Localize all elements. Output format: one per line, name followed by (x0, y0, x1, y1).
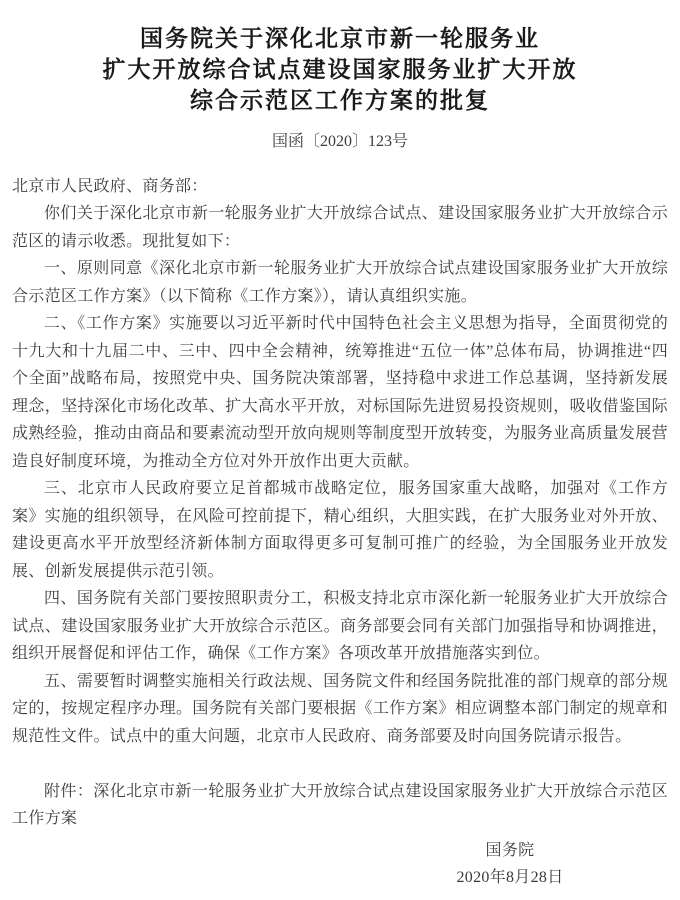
document-body: 北京市人民政府、商务部： 你们关于深化北京市新一轮服务业扩大开放综合试点、建设国… (12, 173, 668, 892)
document-title-line-1: 国务院关于深化北京市新一轮服务业 (12, 23, 668, 54)
paragraph-item-4: 四、国务院有关部门要按照职责分工，积极支持北京市深化新一轮服务业扩大开放综合试点… (12, 585, 668, 668)
paragraph-item-5: 五、需要暂时调整实施相关行政法规、国务院文件和经国务院批准的部门规章的部分规定的… (12, 668, 668, 751)
salutation: 北京市人民政府、商务部： (12, 173, 668, 201)
signature-block: 国务院 2020年8月28日 (410, 837, 610, 892)
signature-date: 2020年8月28日 (410, 864, 610, 892)
document-title-line-3: 综合示范区工作方案的批复 (12, 85, 668, 116)
paragraph-item-2: 二、《工作方案》实施要以习近平新时代中国特色社会主义思想为指导，全面贯彻党的十九… (12, 310, 668, 475)
document-page: 国务院关于深化北京市新一轮服务业 扩大开放综合试点建设国家服务业扩大开放 综合示… (0, 0, 680, 900)
document-title: 国务院关于深化北京市新一轮服务业 扩大开放综合试点建设国家服务业扩大开放 综合示… (12, 23, 668, 116)
document-number: 国函〔2020〕123号 (12, 132, 668, 152)
signer-name: 国务院 (410, 837, 610, 865)
paragraph-item-1: 一、原则同意《深化北京市新一轮服务业扩大开放综合试点建设国家服务业扩大开放综合示… (12, 255, 668, 310)
paragraph-item-3: 三、北京市人民政府要立足首都城市战略定位，服务国家重大战略，加强对《工作方案》实… (12, 475, 668, 585)
paragraph-intro: 你们关于深化北京市新一轮服务业扩大开放综合试点、建设国家服务业扩大开放综合示范区… (12, 200, 668, 255)
attachment-note: 附件：深化北京市新一轮服务业扩大开放综合试点建设国家服务业扩大开放综合示范区工作… (12, 778, 668, 833)
document-title-line-2: 扩大开放综合试点建设国家服务业扩大开放 (12, 54, 668, 85)
